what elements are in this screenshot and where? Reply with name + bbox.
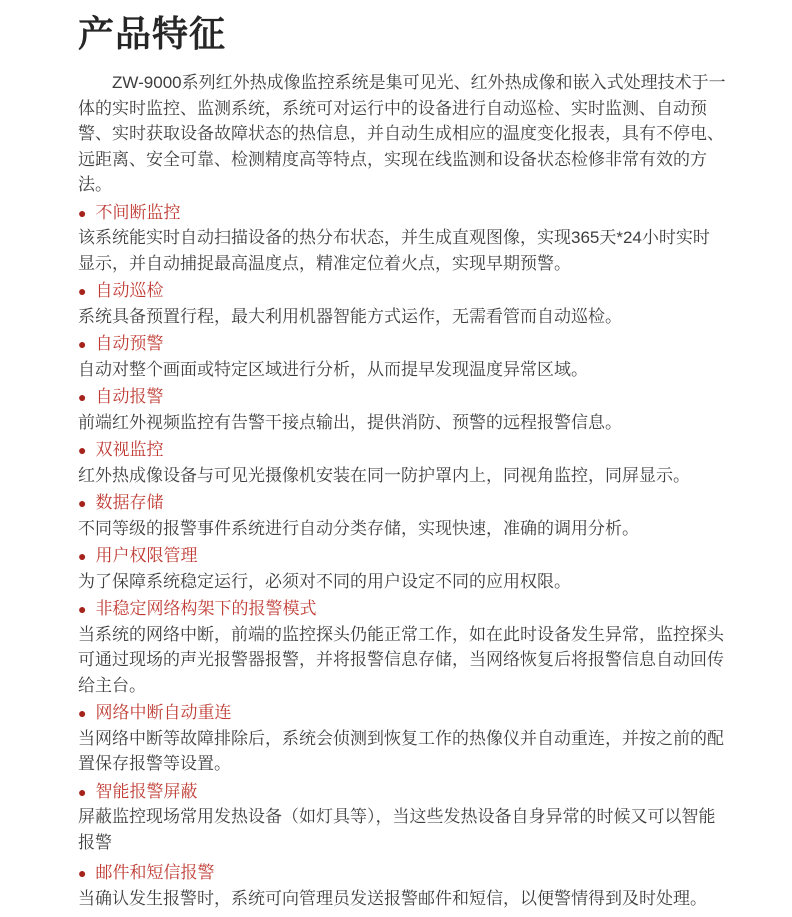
section-title: 智能报警屏蔽: [95, 779, 197, 805]
bullet-icon: ●: [78, 785, 86, 799]
section-heading: ● 网络中断自动重连: [78, 700, 726, 726]
section-heading: ● 邮件和短信报警: [78, 860, 726, 886]
product-features-page: 产品特征 ZW-9000系列红外热成像监控系统是集可见光、红外热成像和嵌入式处理…: [0, 0, 792, 917]
section-heading: ● 自动巡检: [78, 278, 726, 304]
feature-section: ● 自动巡检 系统具备预置行程，最大利用机器智能方式运作，无需看管而自动巡检。: [78, 278, 726, 329]
section-body-text: 该系统能实时自动扫描设备的热分布状态，并生成直观图像，实现365天*24小时实时…: [78, 225, 726, 276]
bullet-icon: ●: [78, 206, 86, 220]
content-area: ZW-9000系列红外热成像监控系统是集可见光、红外热成像和嵌入式处理技术于一体…: [78, 70, 726, 911]
section-heading: ● 双视监控: [78, 437, 726, 463]
section-body-text: 当确认发生报警时，系统可向管理员发送报警邮件和短信，以便警情得到及时处理。: [78, 886, 726, 912]
feature-section: ● 网络中断自动重连 当网络中断等故障排除后，系统会侦测到恢复工作的热像仪并自动…: [78, 700, 726, 777]
feature-section: ● 智能报警屏蔽 屏蔽监控现场常用发热设备（如灯具等），当这些发热设备自身异常的…: [78, 779, 726, 856]
feature-section: ● 数据存储 不同等级的报警事件系统进行自动分类存储，实现快速，准确的调用分析。: [78, 490, 726, 541]
section-title: 自动预警: [95, 331, 163, 357]
feature-section: ● 双视监控 红外热成像设备与可见光摄像机安装在同一防护罩内上，同视角监控，同屏…: [78, 437, 726, 488]
bullet-icon: ●: [78, 284, 86, 298]
section-body-text: 屏蔽监控现场常用发热设备（如灯具等），当这些发热设备自身异常的时候又可以智能报警: [78, 804, 726, 855]
section-title: 非稳定网络构架下的报警模式: [95, 596, 316, 622]
intro-paragraph: ZW-9000系列红外热成像监控系统是集可见光、红外热成像和嵌入式处理技术于一体…: [78, 70, 726, 198]
section-title: 用户权限管理: [95, 543, 197, 569]
feature-section: ● 非稳定网络构架下的报警模式 当系统的网络中断，前端的监控探头仍能正常工作，如…: [78, 596, 726, 698]
feature-section: ● 邮件和短信报警 当确认发生报警时，系统可向管理员发送报警邮件和短信，以便警情…: [78, 860, 726, 911]
section-body-text: 系统具备预置行程，最大利用机器智能方式运作，无需看管而自动巡检。: [78, 304, 726, 330]
bullet-icon: ●: [78, 390, 86, 404]
section-heading: ● 用户权限管理: [78, 543, 726, 569]
section-title: 自动报警: [95, 384, 163, 410]
section-heading: ● 自动预警: [78, 331, 726, 357]
section-title: 自动巡检: [95, 278, 163, 304]
bullet-icon: ●: [78, 337, 86, 351]
feature-section: ● 自动预警 自动对整个画面或特定区域进行分析，从而提早发现温度异常区域。: [78, 331, 726, 382]
section-body-text: 红外热成像设备与可见光摄像机安装在同一防护罩内上，同视角监控，同屏显示。: [78, 463, 726, 489]
section-body-text: 前端红外视频监控有告警干接点输出，提供消防、预警的远程报警信息。: [78, 410, 726, 436]
section-heading: ● 数据存储: [78, 490, 726, 516]
bullet-icon: ●: [78, 602, 86, 616]
section-body-text: 自动对整个画面或特定区域进行分析，从而提早发现温度异常区域。: [78, 357, 726, 383]
section-heading: ● 智能报警屏蔽: [78, 779, 726, 805]
bullet-icon: ●: [78, 866, 86, 880]
feature-section: ● 不间断监控 该系统能实时自动扫描设备的热分布状态，并生成直观图像，实现365…: [78, 200, 726, 277]
bullet-icon: ●: [78, 549, 86, 563]
section-heading: ● 自动报警: [78, 384, 726, 410]
section-body-text: 不同等级的报警事件系统进行自动分类存储，实现快速，准确的调用分析。: [78, 516, 726, 542]
section-title: 双视监控: [95, 437, 163, 463]
bullet-icon: ●: [78, 443, 86, 457]
feature-section: ● 自动报警 前端红外视频监控有告警干接点输出，提供消防、预警的远程报警信息。: [78, 384, 726, 435]
section-body-text: 当网络中断等故障排除后，系统会侦测到恢复工作的热像仪并自动重连，并按之前的配置保…: [78, 726, 726, 777]
section-title: 数据存储: [95, 490, 163, 516]
section-title: 邮件和短信报警: [95, 860, 214, 886]
bullet-icon: ●: [78, 496, 86, 510]
section-body-text: 当系统的网络中断，前端的监控探头仍能正常工作，如在此时设备发生异常，监控探头可通…: [78, 622, 726, 699]
bullet-icon: ●: [78, 706, 86, 720]
section-heading: ● 非稳定网络构架下的报警模式: [78, 596, 726, 622]
feature-sections: ● 不间断监控 该系统能实时自动扫描设备的热分布状态，并生成直观图像，实现365…: [78, 200, 726, 912]
section-title: 网络中断自动重连: [95, 700, 231, 726]
page-title: 产品特征: [78, 12, 728, 56]
section-body-text: 为了保障系统稳定运行，必须对不同的用户设定不同的应用权限。: [78, 569, 726, 595]
section-heading: ● 不间断监控: [78, 200, 726, 226]
section-title: 不间断监控: [95, 200, 180, 226]
feature-section: ● 用户权限管理 为了保障系统稳定运行，必须对不同的用户设定不同的应用权限。: [78, 543, 726, 594]
